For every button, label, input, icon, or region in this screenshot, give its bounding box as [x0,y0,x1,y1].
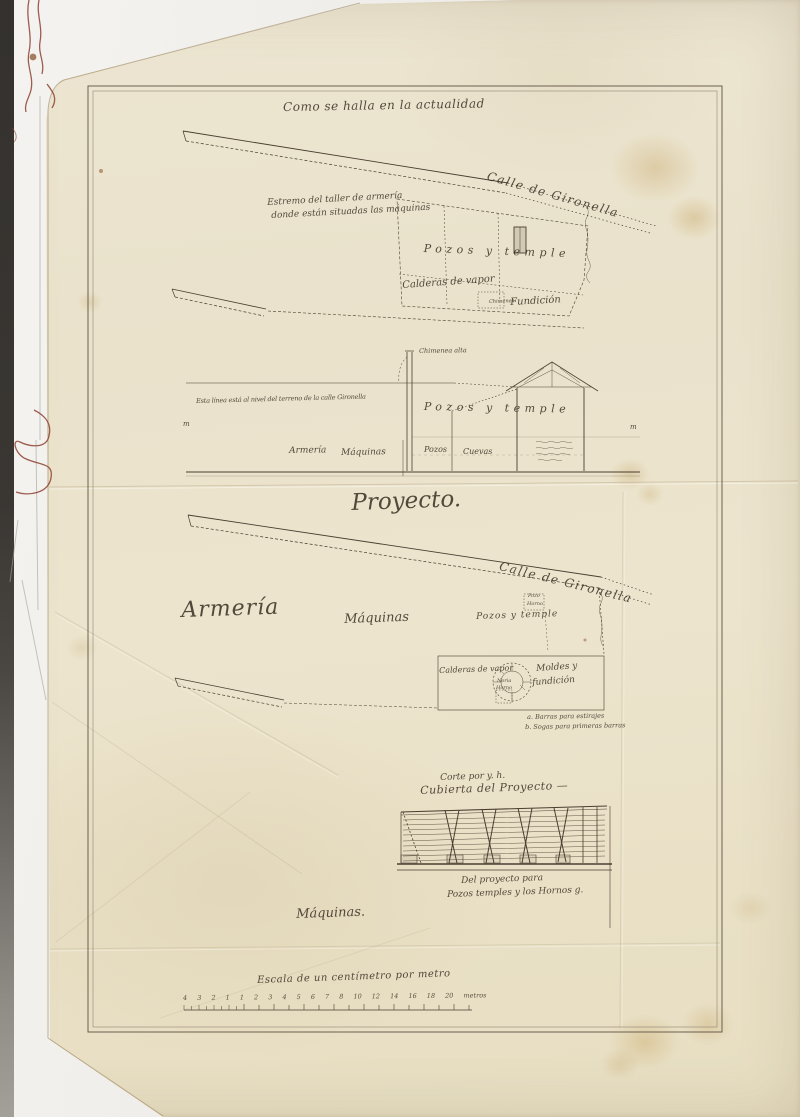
project-note-b: b. Sogas para primeras barras [525,722,625,730]
armeria-label: Armería [181,597,280,622]
section-pozos-label: Pozos [424,446,447,454]
creases [49,481,798,1028]
noria-label-2: Horno [496,686,512,691]
border-frame [88,86,722,1032]
well-label-2: Horno [527,602,543,607]
project-title: Proyecto. [351,488,462,515]
plan-current [172,131,656,328]
section-armeria-label: Armería [289,446,326,456]
ink-spots [30,54,587,642]
section-cuevas-label: Cuevas [463,448,492,456]
noria-label-1: Noria [497,679,511,684]
section-maquinas-label: Máquinas [341,448,386,458]
current-state-title: Como se halla en la actualidad [283,97,485,113]
section-chimney-label: Chimenea alta [419,347,467,354]
illegible-margin-note [585,206,590,283]
illegible-note [536,441,573,460]
well-label-1: Pozo [528,594,540,599]
scanned-plan-page: Como se halla en la actualidad Calle de … [0,0,800,1117]
benchmark-right: m [630,424,637,431]
section-yard-label: Pozos y temple [424,401,570,415]
elevation-drawing [397,806,612,928]
benchmark-left: m [183,421,190,428]
project-note-a: a. Barras para estirajes [527,713,604,721]
drawing-layer [0,0,800,1117]
elevation-maquinas-label: Máquinas. [296,906,365,921]
maquinas-label: Máquinas [344,611,409,626]
sheet-edges [10,96,46,700]
scale-bar [184,1004,472,1010]
section-drawing [186,351,640,476]
